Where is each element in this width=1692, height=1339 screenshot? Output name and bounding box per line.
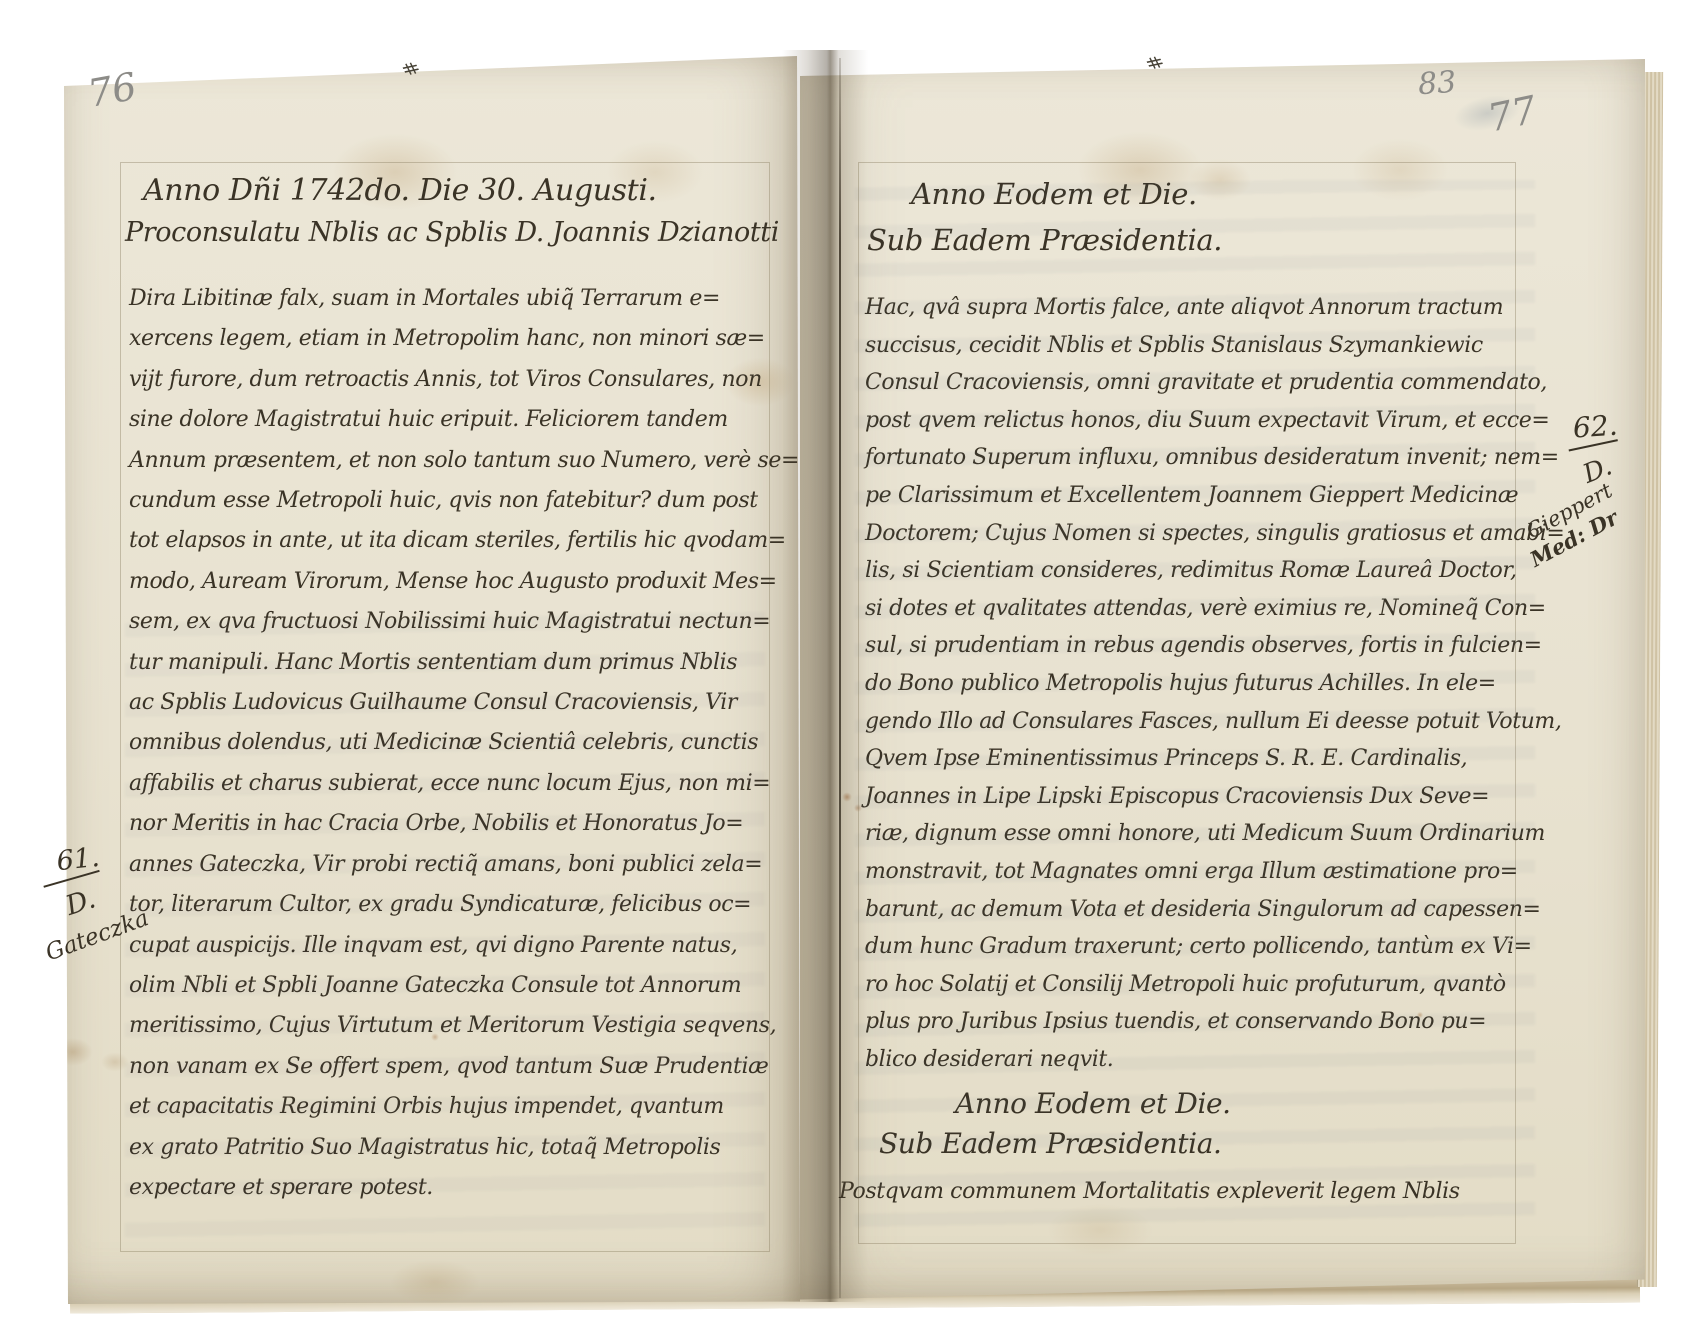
manuscript-line: tot elapsos in ante, ut ita dicam steril… [129, 521, 769, 561]
manuscript-line: do Bono publico Metropolis hujus futurus… [865, 665, 1515, 703]
manuscript-line: sem, ex qva fructuosi Nobilissimi huic M… [129, 602, 769, 642]
manuscript-line: annes Gateczka, Vir probi rectiq̃ amans,… [129, 845, 769, 885]
manuscript-line: pe Clarissimum et Excellentem Joannem Gi… [865, 477, 1515, 515]
left-heading-date: Anno Dñi 1742do. Die 30. Augusti. [143, 173, 657, 208]
manuscript-line: si dotes et qvalitates attendas, verè ex… [865, 590, 1515, 628]
right-subheading-sub-eadem: Sub Eadem Præsidentia. [879, 1127, 1222, 1160]
manuscript-line: Hac, qvâ supra Mortis falce, ante aliqvo… [865, 289, 1515, 327]
manuscript-line: meritissimo, Cujus Virtutum et Meritorum… [129, 1006, 769, 1046]
right-last-line: Postqvam communem Mortalitatis expleveri… [839, 1179, 1460, 1204]
pencil-folio-number-right-top: 83 [1417, 65, 1458, 103]
manuscript-line: et capacitatis Regimini Orbis hujus impe… [129, 1087, 769, 1127]
pencil-folio-number-left: 76 [85, 64, 140, 116]
manuscript-line: succisus, cecidit Nblis et Spblis Stanis… [865, 327, 1515, 365]
manuscript-line: barunt, ac demum Vota et desideria Singu… [865, 891, 1515, 929]
manuscript-line: dum hunc Gradum traxerunt; certo pollice… [865, 928, 1515, 966]
margin-note-61-gateczka: 61. D. Gateczka [33, 832, 203, 948]
right-page: Anno Eodem et Die. Sub Eadem Præsidentia… [800, 50, 1645, 1302]
manuscript-line: post qvem relictus honos, diu Suum expec… [865, 402, 1515, 440]
manuscript-line: ro hoc Solatij et Consilij Metropoli hui… [865, 966, 1515, 1004]
manuscript-line: Consul Cracoviensis, omni gravitate et p… [865, 364, 1515, 402]
manuscript-line: expectare et sperare potest. [129, 1168, 769, 1208]
manuscript-line: Dira Libitinæ falx, suam in Mortales ubi… [129, 279, 769, 319]
left-heading-proconsulatu: Proconsulatu Nblis ac Spblis D. Joannis … [125, 217, 779, 248]
left-body-text: Dira Libitinæ falx, suam in Mortales ubi… [129, 279, 769, 1208]
manuscript-line: cundum esse Metropoli huic, qvis non fat… [129, 481, 769, 521]
manuscript-line: Joannes in Lipe Lipski Episcopus Cracovi… [865, 778, 1515, 816]
margin-note-62-gieppert: 62. D. Gieppert Med: Dr [1558, 404, 1692, 536]
manuscript-line: omnibus dolendus, uti Medicinæ Scientiâ … [129, 723, 769, 763]
manuscript-line: sul, si prudentiam in rebus agendis obse… [865, 627, 1515, 665]
manuscript-line: ex grato Patritio Suo Magistratus hic, t… [129, 1128, 769, 1168]
left-text-frame: Anno Dñi 1742do. Die 30. Augusti. Procon… [120, 162, 770, 1252]
manuscript-line: non vanam ex Se offert spem, qvod tantum… [129, 1047, 769, 1087]
manuscript-line: tur manipuli. Hanc Mortis sententiam dum… [129, 643, 769, 683]
manuscript-photo: Anno Dñi 1742do. Die 30. Augusti. Procon… [0, 0, 1692, 1339]
manuscript-line: fortunato Superum influxu, omnibus desid… [865, 439, 1515, 477]
manuscript-line: lis, si Scientiam consideres, redimitus … [865, 552, 1515, 590]
manuscript-line: blico desiderari neqvit. [865, 1041, 1515, 1079]
manuscript-line: vijt furore, dum retroactis Annis, tot V… [129, 360, 769, 400]
manuscript-line: gendo Illo ad Consulares Fasces, nullum … [865, 703, 1515, 741]
manuscript-line: ac Spblis Ludovicus Guilhaume Consul Cra… [129, 683, 769, 723]
right-body-text: Hac, qvâ supra Mortis falce, ante aliqvo… [865, 289, 1515, 1078]
manuscript-line: monstravit, tot Magnates omni erga Illum… [865, 853, 1515, 891]
manuscript-line: nor Meritis in hac Cracia Orbe, Nobilis … [129, 804, 769, 844]
manuscript-line: Annum præsentem, et non solo tantum suo … [129, 441, 769, 481]
right-heading-sub-eadem: Sub Eadem Præsidentia. [867, 223, 1222, 257]
manuscript-line: olim Nbli et Spbli Joanne Gateczka Consu… [129, 966, 769, 1006]
left-page: Anno Dñi 1742do. Die 30. Augusti. Procon… [55, 52, 800, 1304]
manuscript-line: Doctorem; Cujus Nomen si spectes, singul… [865, 515, 1515, 553]
manuscript-line: xercens legem, etiam in Metropolim hanc,… [129, 319, 769, 359]
right-text-frame: Anno Eodem et Die. Sub Eadem Præsidentia… [858, 162, 1516, 1244]
manuscript-line: riæ, dignum esse omni honore, uti Medicu… [865, 815, 1515, 853]
manuscript-line: plus pro Juribus Ipsius tuendis, et cons… [865, 1003, 1515, 1041]
manuscript-line: affabilis et charus subierat, ecce nunc … [129, 764, 769, 804]
right-heading-anno-eodem: Anno Eodem et Die. [911, 177, 1197, 211]
manuscript-line: modo, Auream Virorum, Mense hoc Augusto … [129, 562, 769, 602]
manuscript-line: Qvem Ipse Eminentissimus Princeps S. R. … [865, 740, 1515, 778]
right-subheading-anno-eodem: Anno Eodem et Die. [955, 1087, 1231, 1120]
manuscript-line: tor, literarum Cultor, ex gradu Syndicat… [129, 885, 769, 925]
manuscript-line: cupat auspicijs. Ille inqvam est, qvi di… [129, 926, 769, 966]
manuscript-line: sine dolore Magistratui huic eripuit. Fe… [129, 400, 769, 440]
